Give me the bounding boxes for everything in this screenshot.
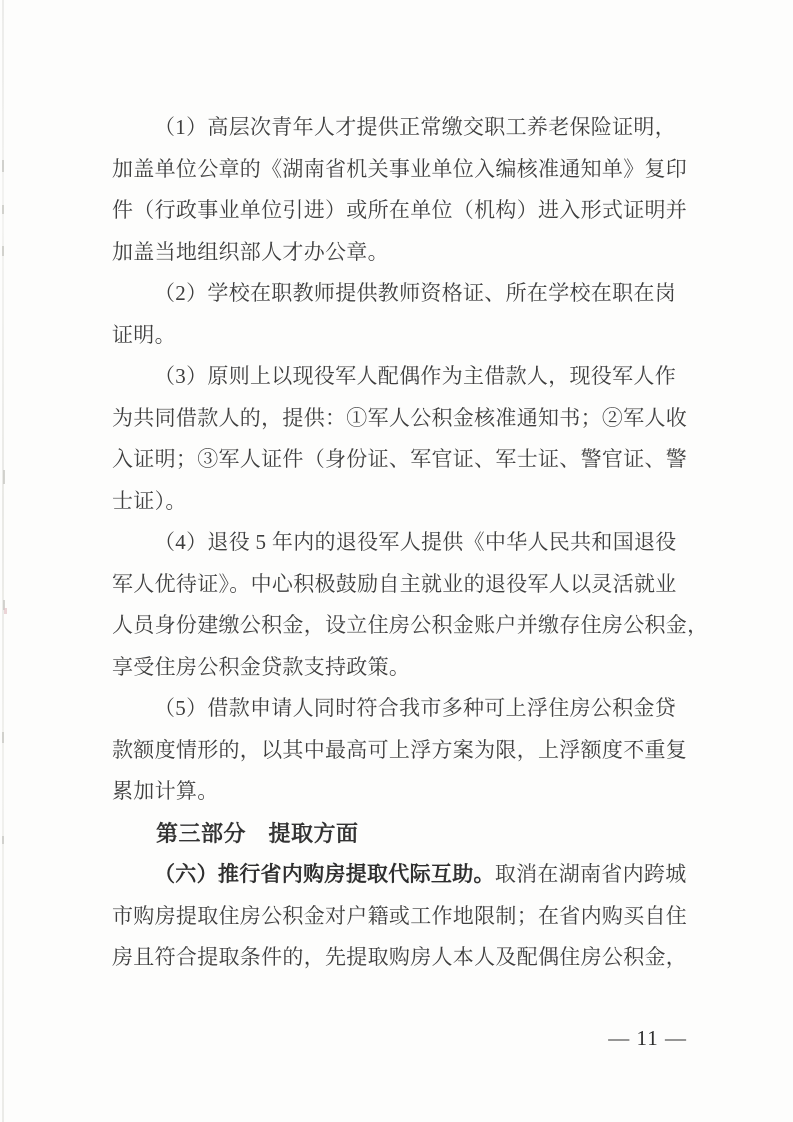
section-heading-part3-line-1: 第三部分 提取方面 [112,813,698,855]
item-5: （5）借款申请人同时符合我市多种可上浮住房公积金贷款额度情形的，以其中最高可上浮… [112,688,698,813]
item-6-line-3: 房且符合提取条件的，先提取购房人本人及配偶住房公积金， [112,937,698,979]
item-1-line-2: 加盖单位公章的《湖南省机关事业单位入编核准通知单》复印 [112,149,698,191]
item-1-line-3: 件（行政事业单位引进）或所在单位（机构）进入形式证明并 [112,190,698,232]
section-heading-part3: 第三部分 提取方面 [112,813,698,855]
scan-edge-tick [2,246,4,256]
text-run: 取消在湖南省内跨城 [495,862,687,886]
item-6-line-1: （六）推行省内购房提取代际互助。取消在湖南省内跨城 [112,854,698,896]
item-2-line-2: 证明。 [112,315,698,357]
item-1: （1）高层次青年人才提供正常缴交职工养老保险证明，加盖单位公章的《湖南省机关事业… [112,107,698,273]
item-3: （3）原则上以现役军人配偶作为主借款人，现役军人作为共同借款人的，提供：①军人公… [112,356,698,522]
scan-edge-tick [2,160,4,172]
item-4-line-3: 人员身份建缴公积金，设立住房公积金账户并缴存住房公积金， [112,605,698,647]
scan-edge-tick [3,470,5,484]
item-5-line-3: 累加计算。 [112,771,698,813]
bold-text-run: （六）推行省内购房提取代际互助。 [154,862,495,886]
item-3-line-3: 入证明；③军人证件（身份证、军官证、军士证、警官证、警 [112,439,698,481]
item-6: （六）推行省内购房提取代际互助。取消在湖南省内跨城市购房提取住房公积金对户籍或工… [112,854,698,979]
item-2: （2）学校在职教师提供教师资格证、所在学校在职在岗证明。 [112,273,698,356]
item-3-line-1: （3）原则上以现役军人配偶作为主借款人，现役军人作 [112,356,698,398]
scan-edge-tick [2,205,4,214]
item-3-line-4: 士证）。 [112,481,698,523]
document-content: （1）高层次青年人才提供正常缴交职工养老保险证明，加盖单位公章的《湖南省机关事业… [112,107,698,979]
item-6-line-2: 市购房提取住房公积金对户籍或工作地限制；在省内购买自住 [112,896,698,938]
item-5-line-2: 款额度情形的，以其中最高可上浮方案为限，上浮额度不重复 [112,730,698,772]
item-3-line-2: 为共同借款人的，提供：①军人公积金核准通知书；②军人收 [112,398,698,440]
scan-edge-tick [2,732,4,743]
document-page: （1）高层次青年人才提供正常缴交职工养老保险证明，加盖单位公章的《湖南省机关事业… [0,0,793,1122]
item-5-line-1: （5）借款申请人同时符合我市多种可上浮住房公积金贷 [112,688,698,730]
scan-edge-tick [2,836,4,844]
page-number: — 11 — [608,1026,687,1051]
item-4: （4）退役 5 年内的退役军人提供《中华人民共和国退役军人优待证》。中心积极鼓励… [112,522,698,688]
item-2-line-1: （2）学校在职教师提供教师资格证、所在学校在职在岗 [112,273,698,315]
item-1-line-1: （1）高层次青年人才提供正常缴交职工养老保险证明， [112,107,698,149]
item-4-line-1: （4）退役 5 年内的退役军人提供《中华人民共和国退役 [112,522,698,564]
item-1-line-4: 加盖当地组织部人才办公章。 [112,232,698,274]
item-4-line-4: 享受住房公积金贷款支持政策。 [112,647,698,689]
scan-color-speck [4,608,7,614]
item-4-line-2: 军人优待证》。中心积极鼓励自主就业的退役军人以灵活就业 [112,564,698,606]
